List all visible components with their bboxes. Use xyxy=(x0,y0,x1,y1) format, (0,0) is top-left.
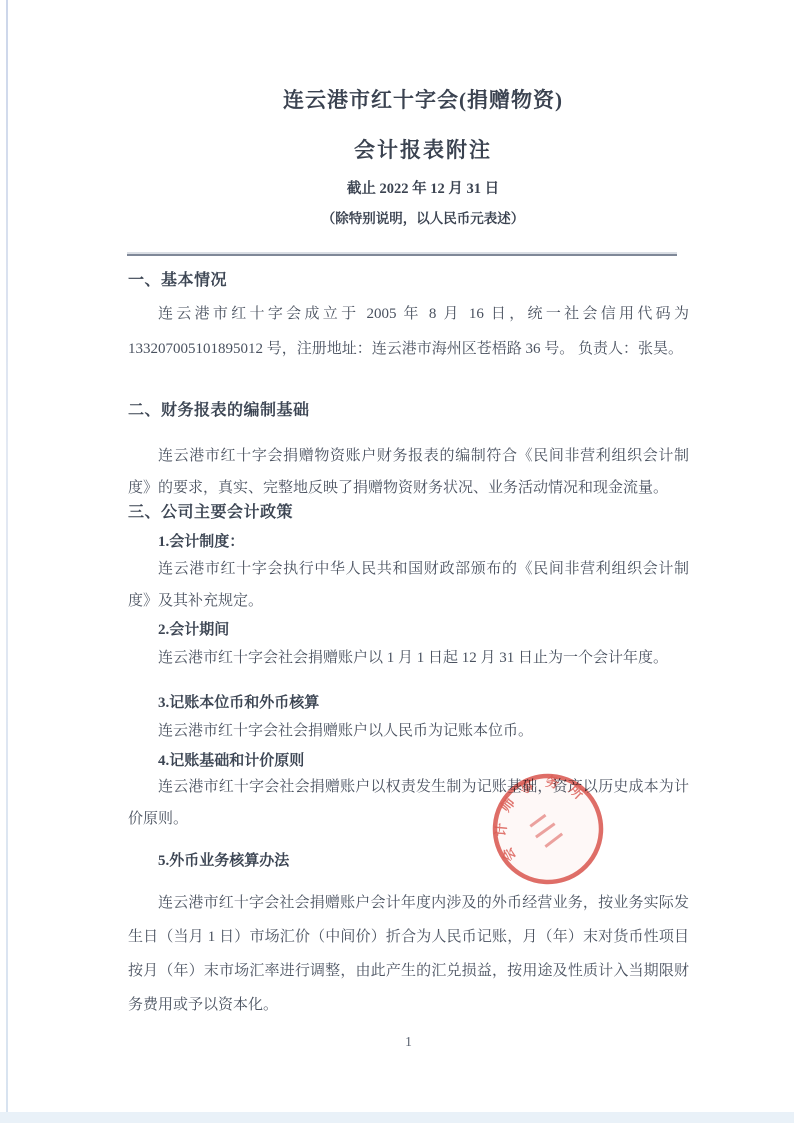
report-date-line: 截止 2022 年 12 月 31 日 xyxy=(128,177,718,198)
subsection-paragraph-functional-currency: 连云港市红十字会社会捐赠账户以人民币为记账本位币。 xyxy=(128,716,689,747)
scan-bottom-edge xyxy=(0,1112,794,1123)
document-title: 连云港市红十字会(捐赠物资) xyxy=(128,84,718,114)
currency-note-line: （除特别说明，以人民币元表述） xyxy=(128,207,718,227)
document-subtitle: 会计报表附注 xyxy=(128,134,718,164)
section-heading-preparation-basis: 二、财务报表的编制基础 xyxy=(128,397,689,420)
subsection-heading-functional-currency: 3.记账本位币和外币核算 xyxy=(128,691,689,712)
section-heading-accounting-policies: 三、公司主要会计政策 xyxy=(128,499,689,522)
subsection-heading-accounting-period: 2.会计期间 xyxy=(128,618,689,639)
header-divider xyxy=(127,254,677,256)
scan-left-edge xyxy=(6,0,8,1123)
subsection-paragraph-accounting-period: 连云港市红十字会社会捐赠账户以 1 月 1 日起 12 月 31 日止为一个会计… xyxy=(128,643,689,674)
subsection-paragraph-accounting-system: 连云港市红十字会执行中华人民共和国财政部颁布的《民间非营利组织会计制度》及其补充… xyxy=(128,553,689,617)
subsection-paragraph-foreign-currency: 连云港市红十字会社会捐赠账户会计年度内涉及的外币经营业务，按业务实际发生日（当月… xyxy=(128,886,689,1022)
document-page: 连云港市红十字会(捐赠物资) 会计报表附注 截止 2022 年 12 月 31 … xyxy=(0,0,794,1123)
section-paragraph-basic-info: 连云港市红十字会成立于 2005 年 8 月 16 日，统一社会信用代码为 13… xyxy=(128,297,689,367)
section-heading-basic-info: 一、基本情况 xyxy=(128,267,689,290)
subsection-heading-accounting-system: 1.会计制度： xyxy=(128,530,689,551)
page-number: 1 xyxy=(128,1034,689,1050)
subsection-heading-accounting-basis: 4.记账基础和计价原则 xyxy=(128,749,689,770)
section-paragraph-preparation-basis: 连云港市红十字会捐赠物资账户财务报表的编制符合《民间非营利组织会计制度》的要求，… xyxy=(128,440,689,504)
